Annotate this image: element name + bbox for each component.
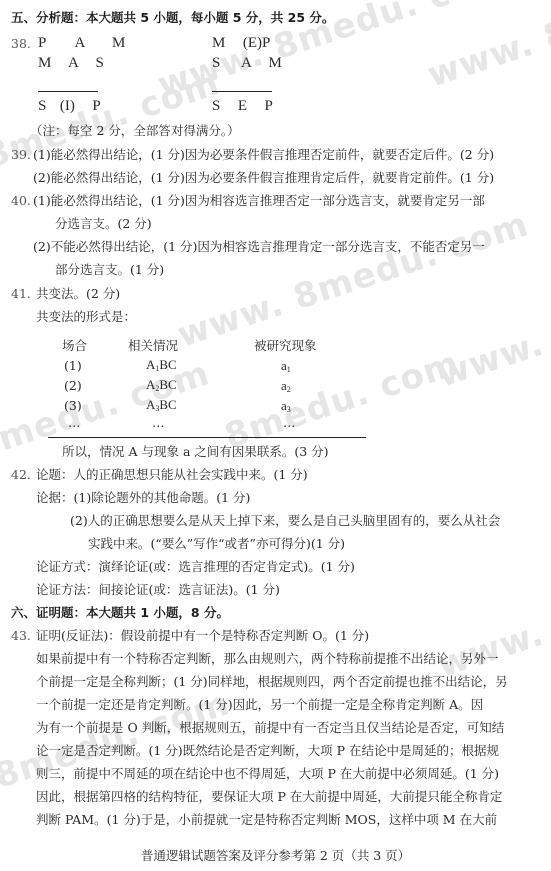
answer-line: 论证方式：演绎论证(或：选言推理的否定肯定式)。(1 分)	[36, 559, 355, 575]
proof-line: 个前提一定是全称判断；(1 分)同样地，根据规则四，两个否定前提也推不出结论，另	[36, 674, 508, 690]
conclusion-line	[212, 91, 272, 92]
answer-line: 实践中来。(“要么”写作“或者”亦可得分)(1 分)	[88, 536, 345, 552]
table-cell-case: (1)	[64, 358, 82, 373]
proof-line: 因此，根据第四格的结构特征，要保证大项 P 在大前提中周延，大前提只能全称肯定	[36, 789, 502, 805]
term: A	[74, 35, 84, 51]
table-cell-circumstance: A2BC	[146, 377, 177, 393]
proof-line: 证明(反证法)：假设前提中有一个是特称否定判断 O。(1 分)	[36, 628, 369, 644]
watermark: www. 8medu. com	[433, 244, 551, 395]
answer-line: 分选言支。(2 分)	[55, 216, 152, 232]
table-cell-case: …	[68, 415, 81, 430]
proof-line: 则三，前提中不周延的项在结论中也不得周延，大项 P 在大前提中必须周延。(1 分…	[36, 766, 499, 782]
answer-line: 共变法。(2 分)	[36, 286, 120, 302]
watermark: www. 8medu. com	[173, 204, 534, 355]
proof-line: 一个前提一定还是肯定判断。(1 分)因此，另一个前提一定是全称肯定判断 A。因	[36, 697, 483, 713]
answer-blank: (E)	[243, 35, 262, 51]
question-number: 42.	[11, 467, 31, 483]
answer-line: 论证方法：间接论证(或：选言证法)。(1 分)	[36, 582, 280, 598]
table-header: 被研究现象	[254, 336, 317, 354]
answer-line: (2)不能必然得出结论，(1 分)因为相容选言推理肯定一部分选言支，不能否定另一	[33, 239, 485, 255]
term: M	[38, 55, 51, 71]
term: S	[96, 55, 104, 71]
question-number: 39.	[11, 147, 31, 163]
answer-line: (1)能必然得出结论，(1 分)因为必要条件假言推理否定前件，就要否定后件。(2…	[33, 147, 494, 163]
proof-line: 判断 PAM。(1 分)于是，小前提就一定是特称否定判断 MOS，这样中项 M …	[36, 812, 497, 828]
table-rule	[48, 437, 366, 438]
table-cell-circumstance: A1BC	[146, 357, 177, 373]
conclusion-line	[38, 91, 98, 92]
table-cell-phenomenon: …	[283, 415, 296, 430]
section-heading-analysis: 五、分析题：本大题共 5 小题，每小题 5 分，共 25 分。	[11, 10, 334, 26]
term: M	[269, 55, 282, 71]
proof-line: 论一定是否定判断。(1 分)既然结论是否定判断，大项 P 在结论中是周延的；根据…	[36, 743, 499, 759]
answer-line: (1)能必然得出结论，(1 分)因为相容选言推理否定一部分选言支，就要肯定另一部	[33, 193, 485, 209]
watermark: www. 8medu. com	[423, 0, 551, 96]
answer-line: 论据：(1)除论题外的其他命题。(1 分)	[36, 490, 250, 506]
term: E	[238, 98, 247, 114]
question-number: 40.	[11, 193, 31, 209]
section-heading-proof: 六、证明题：本大题共 1 小题，8 分。	[11, 605, 229, 621]
watermark: 8medu. com	[220, 343, 465, 457]
proof-line: 如果前提中有一个特称否定判断，那么由规则六，两个特称前提推不出结论，另外一	[36, 651, 499, 667]
term: P	[262, 35, 270, 51]
term: P	[38, 35, 46, 51]
table-conclusion: 所以，情况 A 与现象 a 之间有因果联系。(3 分)	[62, 442, 329, 460]
term: M	[112, 35, 125, 51]
question-number: 38.	[11, 36, 31, 52]
table-cell-circumstance: A3BC	[146, 397, 177, 413]
table-header: 相关情况	[128, 336, 178, 354]
term: M	[212, 35, 225, 51]
question-number: 41.	[11, 286, 31, 302]
proof-line: 为有一个前提是 O 判断，根据规则五，前提中有一否定当且仅当结论是否定，可知结	[36, 720, 504, 736]
table-cell-case: (2)	[64, 378, 82, 393]
term: P	[92, 98, 100, 114]
question-number: 43.	[11, 628, 31, 644]
table-cell-circumstance: …	[152, 415, 165, 430]
answer-line: 论题：人的正确思想只能从社会实践中来。(1 分)	[36, 467, 308, 483]
answer-line: (2)人的正确思想要么是从天上掉下来，要么是自己头脑里固有的，要么从社会	[70, 513, 500, 529]
scoring-note: （注：每空 2 分，全部答对得满分。）	[30, 123, 240, 139]
answer-line: (2)能必然得出结论，(1 分)因为必要条件假言推理肯定后件，就要肯定前件。(1…	[33, 170, 494, 186]
table-cell-case: (3)	[64, 398, 82, 413]
answer-line: 共变法的形式是：	[36, 309, 136, 325]
term: A	[241, 55, 251, 71]
term: S	[38, 98, 46, 114]
term: S	[212, 55, 220, 71]
term: P	[265, 98, 273, 114]
answer-blank: (I)	[60, 98, 75, 114]
table-cell-phenomenon: a1	[281, 358, 291, 374]
table-cell-phenomenon: a3	[281, 398, 291, 414]
answer-line: 部分选言支。(1 分)	[55, 262, 164, 278]
term: S	[212, 98, 220, 114]
table-header: 场合	[62, 336, 87, 354]
page-footer: 普通逻辑试题答案及评分参考第 2 页（共 3 页）	[0, 846, 551, 864]
table-cell-phenomenon: a2	[281, 378, 291, 394]
term: A	[68, 55, 78, 71]
